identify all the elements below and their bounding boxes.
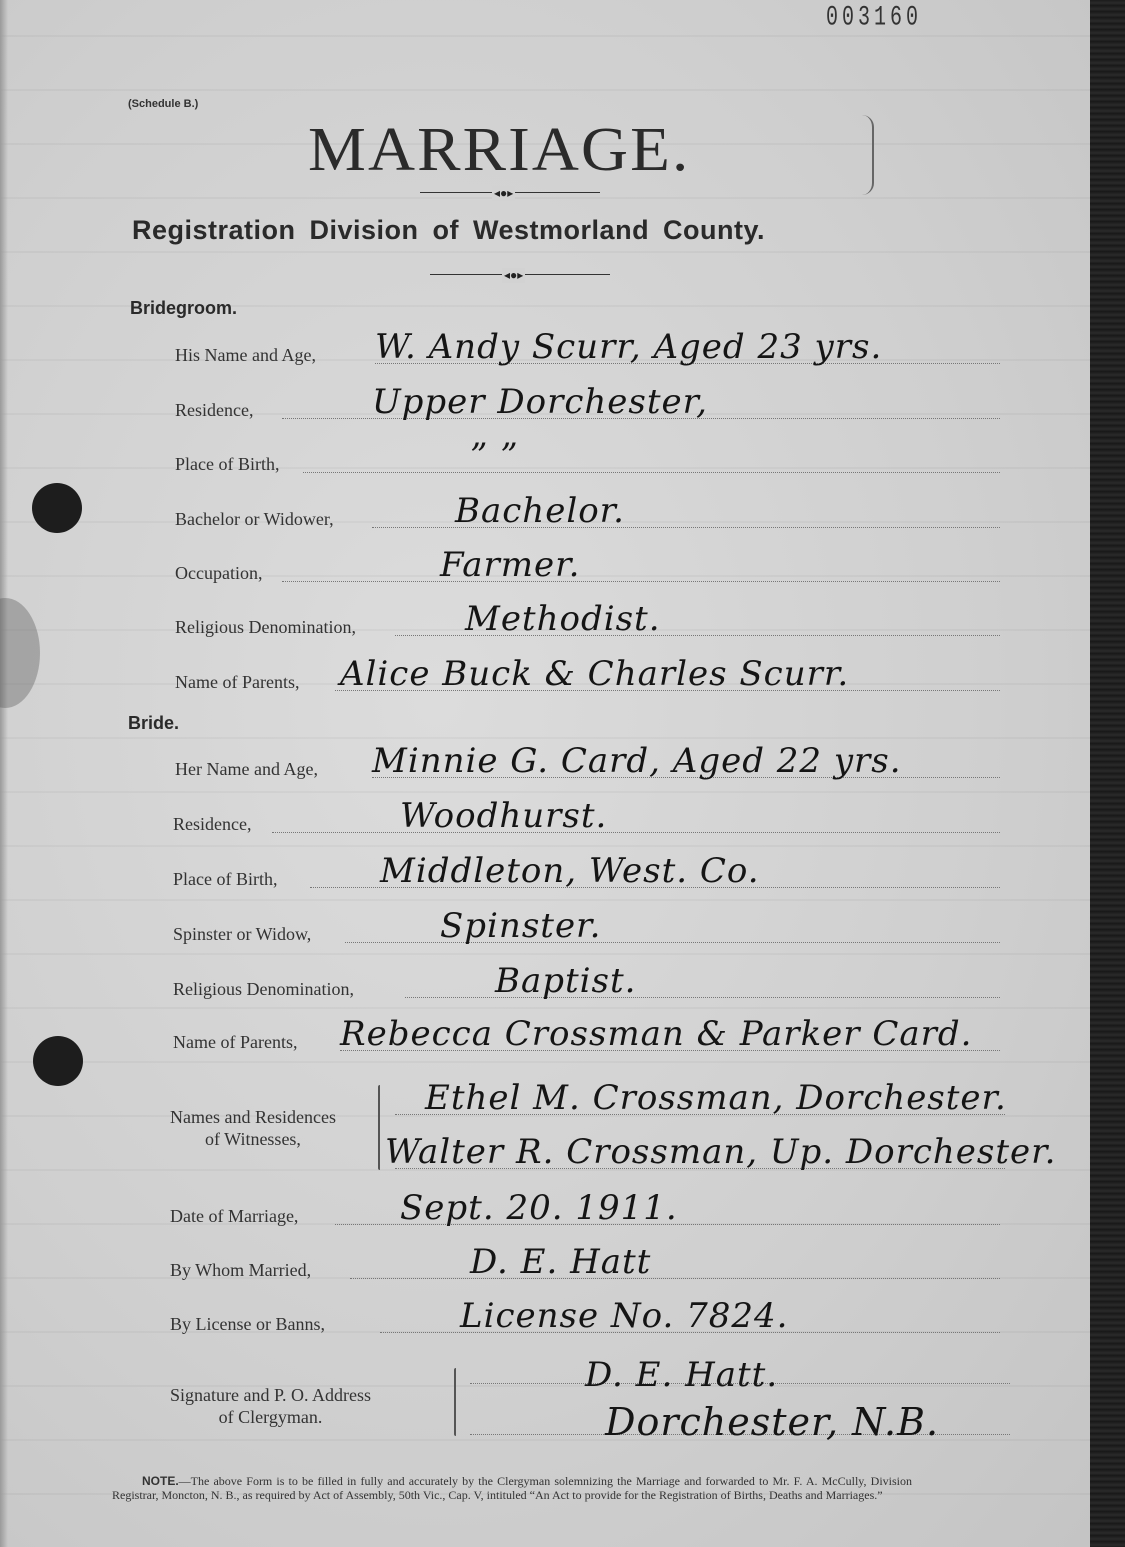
field-label: Her Name and Age, [175, 759, 318, 780]
field-label: By Whom Married, [170, 1260, 311, 1281]
field-value: Bachelor. [455, 491, 625, 531]
fill-line [282, 581, 1000, 582]
witness-2-value: Walter R. Crossman, Up. Dorchester. [385, 1132, 1057, 1172]
form-row: Place of Birth,” ” [0, 442, 1090, 482]
field-label: Name of Parents, [173, 1032, 297, 1053]
schedule-label: (Schedule B.) [128, 98, 198, 110]
document-number: 003160 [826, 2, 922, 34]
field-label: His Name and Age, [175, 345, 316, 366]
field-label: Place of Birth, [173, 869, 277, 890]
field-label: Place of Birth, [175, 454, 279, 475]
clergyman-address: Dorchester, N.B. [605, 1400, 939, 1444]
field-value: Sept. 20. 1911. [400, 1188, 678, 1228]
field-value: Upper Dorchester, [372, 382, 708, 422]
form-row: Spinster or Widow,Spinster. [0, 912, 1090, 952]
form-row: Occupation,Farmer. [0, 551, 1090, 591]
form-row: Her Name and Age,Minnie G. Card, Aged 22… [0, 747, 1090, 787]
ornament-divider: ◂●▸ [420, 186, 600, 200]
form-row: Religious Denomination,Methodist. [0, 605, 1090, 645]
clergyman-address-row: Dorchester, N.B. [0, 1400, 1090, 1440]
field-value: Woodhurst. [400, 796, 607, 836]
field-value: Spinster. [440, 906, 601, 946]
footnote: NOTE.—The above Form is to be filled in … [112, 1474, 912, 1502]
fill-line [350, 1278, 1000, 1279]
field-label: Date of Marriage, [170, 1206, 298, 1227]
field-label: Occupation, [175, 563, 262, 584]
field-label: By License or Banns, [170, 1314, 325, 1335]
note-lead: NOTE. [142, 1474, 179, 1488]
form-row: Name of Parents,Rebecca Crossman & Parke… [0, 1020, 1090, 1060]
field-value: Alice Buck & Charles Scurr. [340, 654, 849, 694]
field-value: Minnie G. Card, Aged 22 yrs. [372, 741, 902, 781]
registration-division-heading: Registration Division of Westmorland Cou… [132, 215, 765, 246]
field-label: Residence, [173, 814, 251, 835]
field-label: Name of Parents, [175, 672, 299, 693]
field-value: Rebecca Crossman & Parker Card. [340, 1014, 972, 1054]
form-row: Name of Parents,Alice Buck & Charles Scu… [0, 660, 1090, 700]
ornament-icon: ◂●▸ [492, 186, 515, 201]
clergyman-signature: D. E. Hatt. [585, 1355, 778, 1395]
handwritten-bracket-mark [848, 115, 874, 195]
form-row: By License or Banns,License No. 7824. [0, 1302, 1090, 1342]
field-label: Residence, [175, 400, 253, 421]
witness-row: Ethel M. Crossman, Dorchester. [0, 1078, 1090, 1118]
form-row: By Whom Married,D. E. Hatt [0, 1248, 1090, 1288]
bride-heading: Bride. [128, 713, 179, 734]
field-value: Middleton, West. Co. [380, 851, 760, 891]
field-label: Bachelor or Widower, [175, 509, 334, 530]
ornament-icon: ◂●▸ [502, 268, 525, 283]
field-value: Baptist. [495, 961, 636, 1001]
note-text: —The above Form is to be filled in fully… [112, 1474, 912, 1502]
form-row: Place of Birth,Middleton, West. Co. [0, 857, 1090, 897]
scanner-border [1090, 0, 1125, 1547]
form-row: Bachelor or Widower,Bachelor. [0, 497, 1090, 537]
field-value: License No. 7824. [460, 1296, 788, 1336]
form-row: His Name and Age,W. Andy Scurr, Aged 23 … [0, 333, 1090, 373]
fill-line [303, 472, 1000, 473]
form-row: Date of Marriage,Sept. 20. 1911. [0, 1194, 1090, 1234]
field-label: Religious Denomination, [175, 617, 356, 638]
field-value: D. E. Hatt [470, 1242, 651, 1282]
field-value: ” ” [470, 436, 519, 476]
field-label: Religious Denomination, [173, 979, 354, 1000]
witness-row: Walter R. Crossman, Up. Dorchester. [0, 1132, 1090, 1172]
field-value: W. Andy Scurr, Aged 23 yrs. [375, 327, 882, 367]
bridegroom-heading: Bridegroom. [130, 298, 237, 319]
witness-1-value: Ethel M. Crossman, Dorchester. [425, 1078, 1007, 1118]
clergyman-signature-row: D. E. Hatt. [0, 1355, 1090, 1395]
field-value: Methodist. [465, 599, 661, 639]
fill-line [272, 832, 1000, 833]
page-title: MARRIAGE. [308, 115, 690, 186]
field-label: Spinster or Widow, [173, 924, 311, 945]
form-row: Residence,Woodhurst. [0, 802, 1090, 842]
ornament-divider: ◂●▸ [430, 268, 610, 282]
field-value: Farmer. [440, 545, 581, 585]
form-row: Religious Denomination,Baptist. [0, 967, 1090, 1007]
form-row: Residence,Upper Dorchester, [0, 388, 1090, 428]
